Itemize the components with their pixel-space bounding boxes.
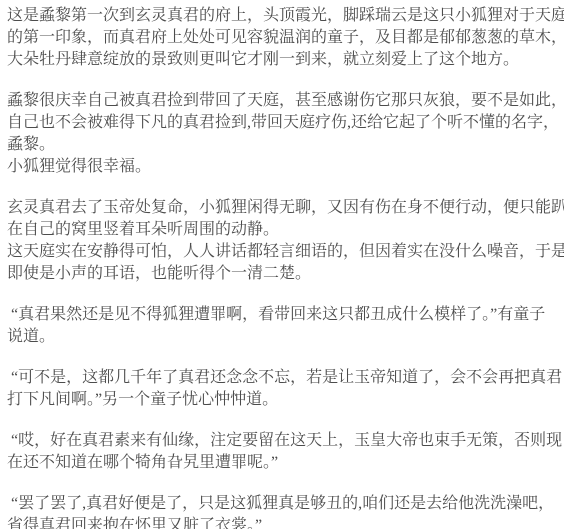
- text-line: 这是蟊黎第一次到玄灵真君的府上，头顶霞光，脚踩瑞云是这只小狐狸对于天庭: [7, 5, 564, 27]
- paragraph-waiting: 玄灵真君去了玉帝处复命，小狐狸闲得无聊，又因有伤在身不便行动，便只能趴 在自己的…: [7, 197, 564, 241]
- text-line: 即使是小声的耳语，也能听得个一清二楚。: [7, 263, 564, 285]
- paragraph-dialogue-3: “哎，好在真君素来有仙缘，注定要留在这天上，玉皇大帝也束手无策，否则现 在还不知…: [7, 430, 564, 474]
- text-line: 蟊黎。: [7, 134, 564, 156]
- text-line: “可不是，这都几千年了真君还念念不忘，若是让玉帝知道了，会不会再把真君: [7, 367, 564, 389]
- text-line: 在还不知道在哪个犄角旮旯里遭罪呢。”: [7, 452, 564, 474]
- text-line: 打下凡间啊。”另一个童子忧心忡忡道。: [7, 389, 564, 411]
- text-line: “真君果然还是见不得狐狸遭罪啊，看带回来这只都丑成什么模样了。”有童子: [7, 304, 564, 326]
- text-line: 蟊黎很庆幸自己被真君捡到带回了天庭，甚至感谢伤它那只灰狼，要不是如此，: [7, 90, 564, 112]
- text-line: 在自己的窝里竖着耳朵听周围的动静。: [7, 219, 564, 241]
- text-line: 的第一印象，而真君府上处处可见容貌温润的童子，及目都是郁郁葱葱的草木，: [7, 27, 564, 49]
- paragraph-dialogue-1: “真君果然还是见不得狐狸遭罪啊，看带回来这只都丑成什么模样了。”有童子 说道。: [7, 304, 564, 348]
- text-line: 玄灵真君去了玉帝处复命，小狐狸闲得无聊，又因有伤在身不便行动，便只能趴: [7, 197, 564, 219]
- text-line: 大朵牡丹肆意绽放的景致则更叫它才刚一到来，就立刻爱上了这个地方。: [7, 49, 564, 71]
- text-line: 说道。: [7, 326, 564, 348]
- paragraph-dialogue-2: “可不是，这都几千年了真君还念念不忘，若是让玉帝知道了，会不会再把真君 打下凡间…: [7, 367, 564, 411]
- paragraph-intro: 这是蟊黎第一次到玄灵真君的府上，头顶霞光，脚踩瑞云是这只小狐狸对于天庭 的第一印…: [7, 5, 564, 71]
- text-line: 自己也不会被难得下凡的真君捡到,带回天庭疗伤,还给它起了个听不懂的名字，: [7, 112, 564, 134]
- paragraph-quietness: 这天庭实在安静得可怕，人人讲话都轻言细语的，但因着实在没什么噪音，于是 即使是小…: [7, 241, 564, 285]
- story-page: 这是蟊黎第一次到玄灵真君的府上，头顶霞光，脚踩瑞云是这只小狐狸对于天庭 的第一印…: [0, 0, 566, 529]
- text-line: “哎，好在真君素来有仙缘，注定要留在这天上，玉皇大帝也束手无策，否则现: [7, 430, 564, 452]
- paragraph-dialogue-4: “罢了罢了,真君好便是了，只是这狐狸真是够丑的,咱们还是去给他洗洗澡吧， 省得真…: [7, 493, 564, 529]
- text-line: “罢了罢了,真君好便是了，只是这狐狸真是够丑的,咱们还是去给他洗洗澡吧，: [7, 493, 564, 515]
- paragraph-gratitude: 蟊黎很庆幸自己被真君捡到带回了天庭，甚至感谢伤它那只灰狼，要不是如此， 自己也不…: [7, 90, 564, 156]
- text-line: 小狐狸觉得很幸福。: [7, 156, 564, 178]
- text-line: 这天庭实在安静得可怕，人人讲话都轻言细语的，但因着实在没什么噪音，于是: [7, 241, 564, 263]
- paragraph-happiness: 小狐狸觉得很幸福。: [7, 156, 564, 178]
- text-line: 省得真君回来抱在怀里又脏了衣裳。”: [7, 515, 564, 529]
